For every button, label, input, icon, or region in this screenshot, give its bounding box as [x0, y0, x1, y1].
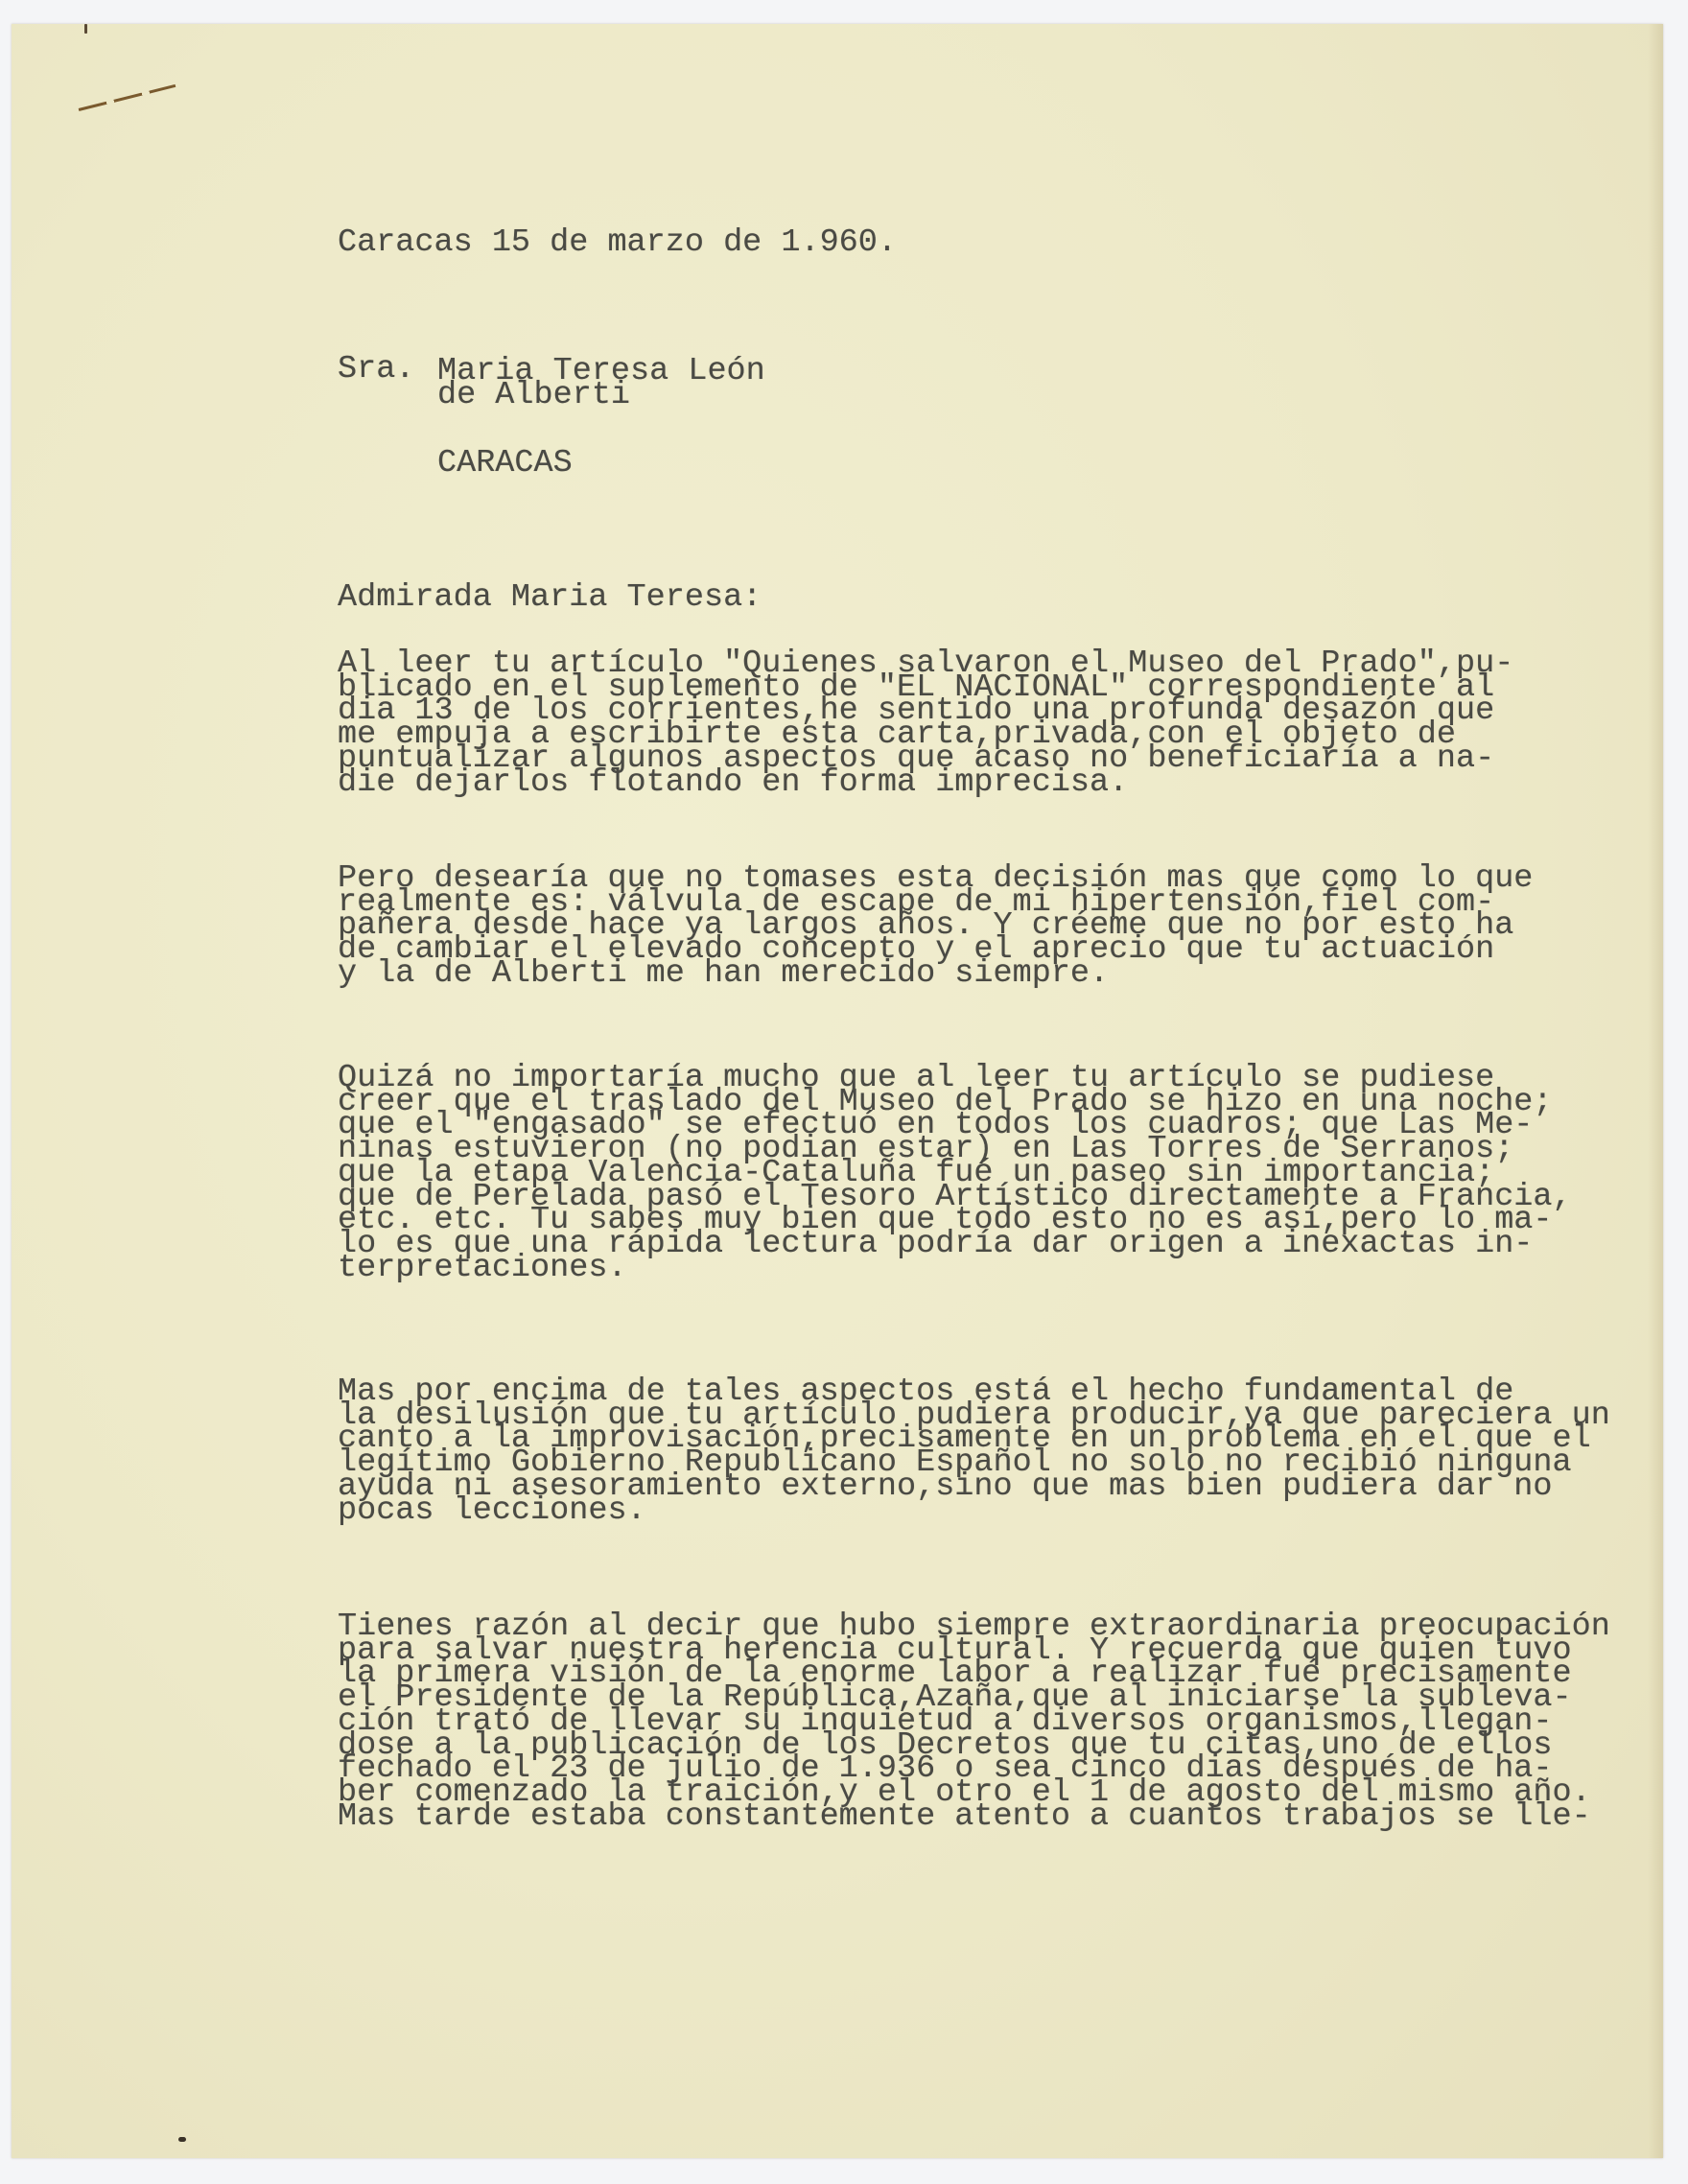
recipient-name-line-2: de Alberti: [437, 384, 630, 408]
date-line: Caracas 15 de marzo de 1.960.: [338, 226, 897, 259]
ink-speck: [178, 2137, 186, 2142]
paragraph-line: die dejarlos flotando en forma imprecisa…: [338, 771, 1128, 795]
recipient-prefix: Sra.: [338, 353, 414, 386]
recipient-city: CARACAS: [437, 447, 573, 480]
paragraph-line: Mas tarde estaba constantemente atento a…: [338, 1805, 1591, 1829]
paragraph-line: y la de Alberti me han merecido siempre.: [338, 962, 1109, 986]
greeting: Admirada Maria Teresa:: [338, 581, 762, 614]
pencil-mark: [84, 24, 87, 34]
paragraph-line: pocas lecciones.: [338, 1499, 646, 1523]
paragraph-line: terpretaciones.: [338, 1256, 627, 1280]
staple-mark: [79, 84, 176, 111]
